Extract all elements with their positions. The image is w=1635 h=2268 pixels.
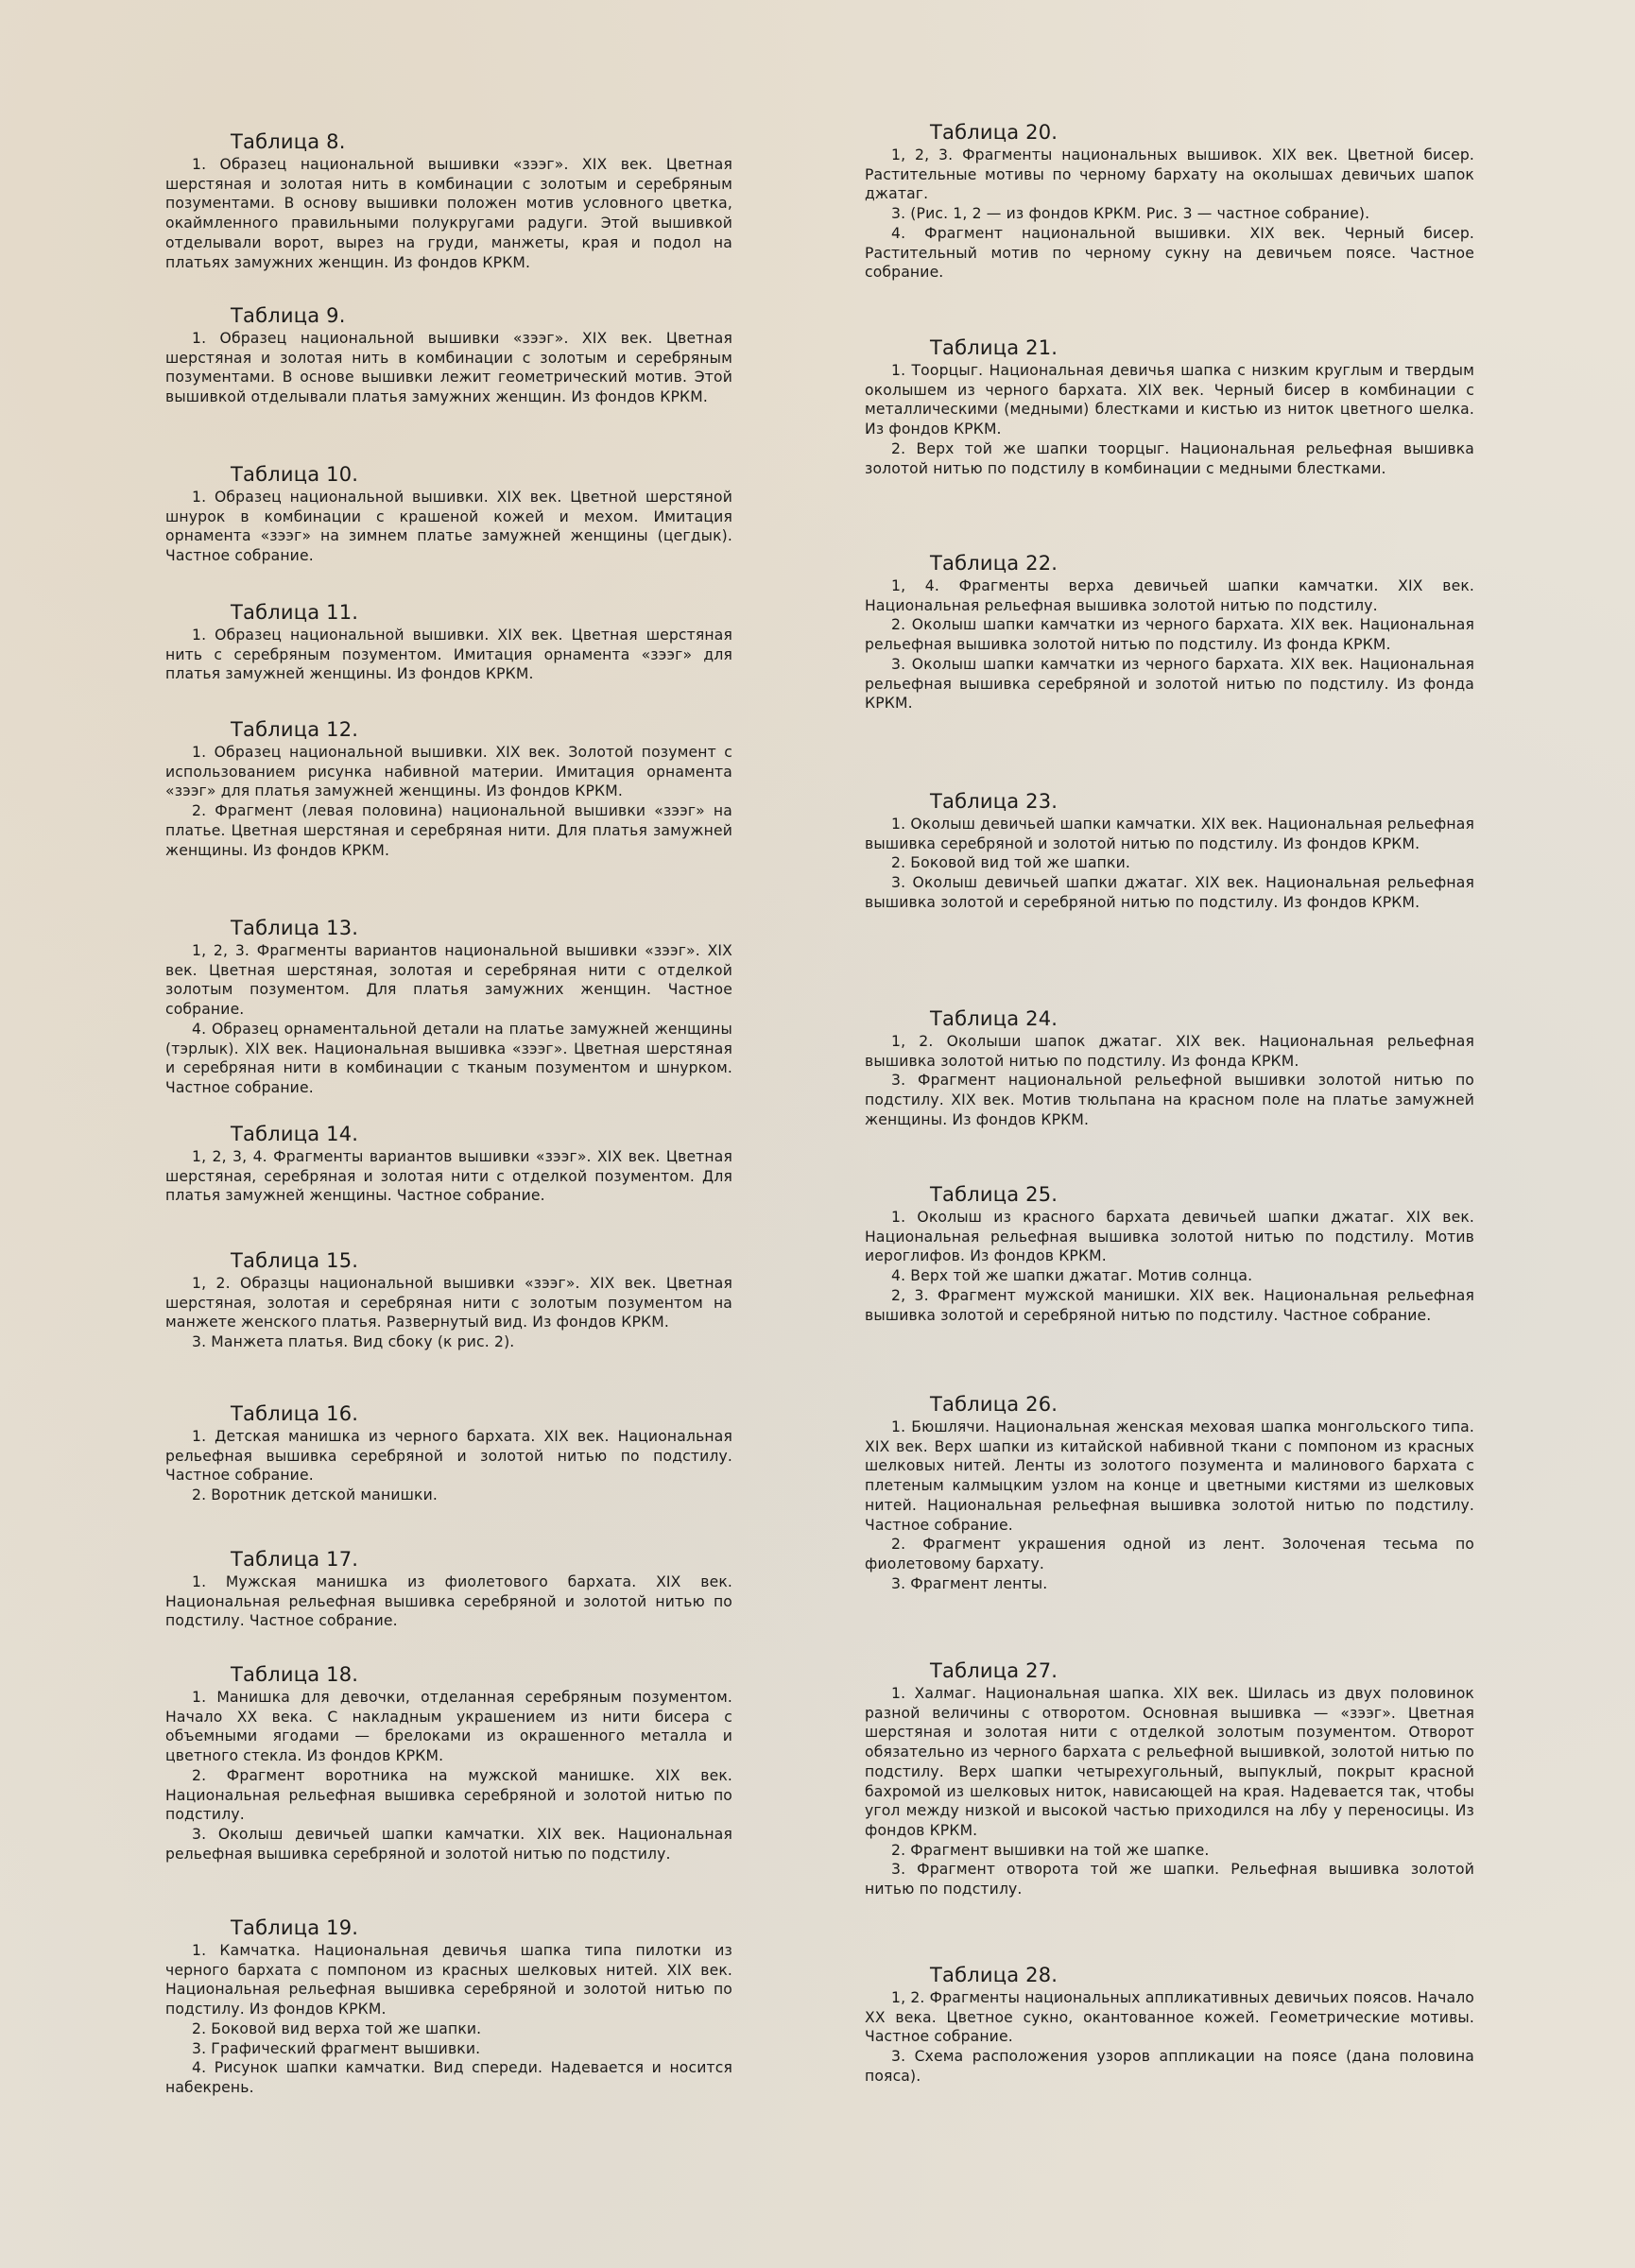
table-caption-title: Таблица 22. [930, 552, 1474, 575]
table-caption-item: 2. Фрагмент вышивки на той же шапке. [865, 1841, 1474, 1861]
table-caption-item: 2. Воротник детской манишки. [165, 1486, 732, 1505]
table-caption-item: 1. Околыш из красного бархата девичьей ш… [865, 1208, 1474, 1266]
table-caption-item: 2, 3. Фрагмент мужской манишки. XIX век.… [865, 1286, 1474, 1325]
table-caption-title: Таблица 8. [231, 130, 732, 153]
table-caption-item: 1. Образец национальной вышивки «зээг». … [165, 155, 732, 272]
table-caption-title: Таблица 18. [231, 1663, 732, 1686]
table-caption-item: 1, 2. Околыши шапок джатаг. XIX век. Нац… [865, 1032, 1474, 1071]
table-caption-item: 3. Фрагмент национальной рельефной вышив… [865, 1071, 1474, 1129]
table-caption-item: 1. Околыш девичьей шапки камчатки. XIX в… [865, 815, 1474, 853]
table-caption-title: Таблица 19. [231, 1916, 732, 1939]
table-caption-item: 2. Фрагмент украшения одной из лент. Зол… [865, 1535, 1474, 1573]
table-caption-item: 1. Халмаг. Национальная шапка. XIX век. … [865, 1684, 1474, 1841]
table-caption-item: 3. Околыш шапки камчатки из черного барх… [865, 655, 1474, 713]
table-caption-item: 3. (Рис. 1, 2 — из фондов КРКМ. Рис. 3 —… [865, 204, 1474, 224]
table-caption-title: Таблица 14. [231, 1123, 732, 1145]
table-caption-item: 1. Образец национальной вышивки. XIX век… [165, 626, 732, 684]
table-caption-title: Таблица 23. [930, 790, 1474, 813]
table-caption-title: Таблица 28. [930, 1964, 1474, 1986]
table-caption-block: Таблица 19.1. Камчатка. Национальная дев… [165, 1916, 732, 2098]
table-caption-block: Таблица 11.1. Образец национальной вышив… [165, 601, 732, 684]
table-caption-title: Таблица 26. [930, 1393, 1474, 1416]
table-caption-item: 4. Образец орнаментальной детали на плат… [165, 1020, 732, 1098]
table-caption-item: 2. Фрагмент воротника на мужской манишке… [165, 1766, 732, 1825]
table-caption-block: Таблица 20.1, 2, 3. Фрагменты национальн… [865, 121, 1474, 283]
table-caption-block: Таблица 12.1. Образец национальной вышив… [165, 718, 732, 860]
table-caption-block: Таблица 10.1. Образец национальной вышив… [165, 463, 732, 566]
table-caption-block: Таблица 21.1. Тоорцыг. Национальная деви… [865, 336, 1474, 478]
table-caption-item: 4. Фрагмент национальной вышивки. XIX ве… [865, 224, 1474, 283]
table-caption-block: Таблица 26.1. Бюшлячи. Национальная женс… [865, 1393, 1474, 1593]
table-caption-title: Таблица 17. [231, 1548, 732, 1571]
table-caption-block: Таблица 28.1, 2. Фрагменты национальных … [865, 1964, 1474, 2087]
table-caption-title: Таблица 9. [231, 304, 732, 327]
table-caption-item: 4. Верх той же шапки джатаг. Мотив солнц… [865, 1266, 1474, 1286]
table-caption-title: Таблица 27. [930, 1659, 1474, 1682]
table-caption-block: Таблица 16.1. Детская манишка из черного… [165, 1402, 732, 1505]
table-caption-item: 3. Околыш девичьей шапки камчатки. XIX в… [165, 1825, 732, 1864]
table-caption-item: 2. Боковой вид той же шапки. [865, 853, 1474, 873]
table-caption-item: 1, 2, 3. Фрагменты национальных вышивок.… [865, 146, 1474, 204]
table-caption-block: Таблица 8.1. Образец национальной вышивк… [165, 130, 732, 272]
table-caption-item: 3. Фрагмент отворота той же шапки. Релье… [865, 1860, 1474, 1899]
table-caption-title: Таблица 20. [930, 121, 1474, 144]
table-caption-title: Таблица 21. [930, 336, 1474, 359]
table-caption-title: Таблица 24. [930, 1007, 1474, 1030]
table-caption-item: 1. Образец национальной вышивки «зээг». … [165, 329, 732, 407]
table-caption-block: Таблица 24.1, 2. Околыши шапок джатаг. X… [865, 1007, 1474, 1130]
table-caption-title: Таблица 12. [231, 718, 732, 741]
table-caption-item: 1. Мужская манишка из фиолетового бархат… [165, 1572, 732, 1631]
table-caption-item: 1. Образец национальной вышивки. XIX век… [165, 743, 732, 801]
table-caption-item: 3. Графический фрагмент вышивки. [165, 2039, 732, 2059]
table-caption-item: 3. Околыш девичьей шапки джатаг. XIX век… [865, 873, 1474, 912]
table-caption-item: 1, 2. Фрагменты национальных аппликативн… [865, 1988, 1474, 2047]
table-caption-block: Таблица 22.1, 4. Фрагменты верха девичье… [865, 552, 1474, 713]
table-caption-title: Таблица 10. [231, 463, 732, 486]
table-caption-item: 1. Детская манишка из черного бархата. X… [165, 1427, 732, 1486]
table-caption-item: 2. Фрагмент (левая половина) национально… [165, 801, 732, 860]
table-caption-block: Таблица 18.1. Манишка для девочки, отдел… [165, 1663, 732, 1864]
table-caption-block: Таблица 27.1. Халмаг. Национальная шапка… [865, 1659, 1474, 1899]
table-caption-item: 2. Боковой вид верха той же шапки. [165, 2019, 732, 2039]
table-caption-block: Таблица 9.1. Образец национальной вышивк… [165, 304, 732, 407]
table-caption-item: 2. Околыш шапки камчатки из черного барх… [865, 615, 1474, 654]
table-caption-item: 1. Образец национальной вышивки. XIX век… [165, 488, 732, 566]
table-caption-item: 1, 2, 3. Фрагменты вариантов национально… [165, 941, 732, 1020]
table-caption-item: 1, 2, 3, 4. Фрагменты вариантов вышивки … [165, 1147, 732, 1206]
table-caption-item: 4. Рисунок шапки камчатки. Вид спереди. … [165, 2058, 732, 2097]
table-caption-block: Таблица 23.1. Околыш девичьей шапки камч… [865, 790, 1474, 913]
table-caption-title: Таблица 25. [930, 1183, 1474, 1206]
table-caption-title: Таблица 16. [231, 1402, 732, 1425]
table-caption-item: 1, 2. Образцы национальной вышивки «зээг… [165, 1274, 732, 1332]
table-caption-block: Таблица 14.1, 2, 3, 4. Фрагменты вариант… [165, 1123, 732, 1206]
table-caption-block: Таблица 13.1, 2, 3. Фрагменты вариантов … [165, 917, 732, 1098]
table-caption-title: Таблица 15. [231, 1249, 732, 1272]
table-caption-item: 1. Манишка для девочки, отделанная сереб… [165, 1688, 732, 1766]
table-caption-item: 3. Фрагмент ленты. [865, 1574, 1474, 1594]
table-caption-block: Таблица 15.1, 2. Образцы национальной вы… [165, 1249, 732, 1352]
table-caption-title: Таблица 11. [231, 601, 732, 624]
table-caption-title: Таблица 13. [231, 917, 732, 939]
table-caption-item: 1. Тоорцыг. Национальная девичья шапка с… [865, 361, 1474, 439]
table-caption-item: 1. Камчатка. Национальная девичья шапка … [165, 1941, 732, 2019]
table-caption-item: 3. Манжета платья. Вид сбоку (к рис. 2). [165, 1332, 732, 1352]
table-caption-block: Таблица 25.1. Околыш из красного бархата… [865, 1183, 1474, 1325]
table-caption-item: 3. Схема расположения узоров аппликации … [865, 2047, 1474, 2086]
table-caption-block: Таблица 17.1. Мужская манишка из фиолето… [165, 1548, 732, 1631]
table-caption-item: 1, 4. Фрагменты верха девичьей шапки кам… [865, 576, 1474, 615]
table-caption-item: 2. Верх той же шапки тоорцыг. Национальн… [865, 439, 1474, 478]
table-caption-item: 1. Бюшлячи. Национальная женская меховая… [865, 1417, 1474, 1535]
